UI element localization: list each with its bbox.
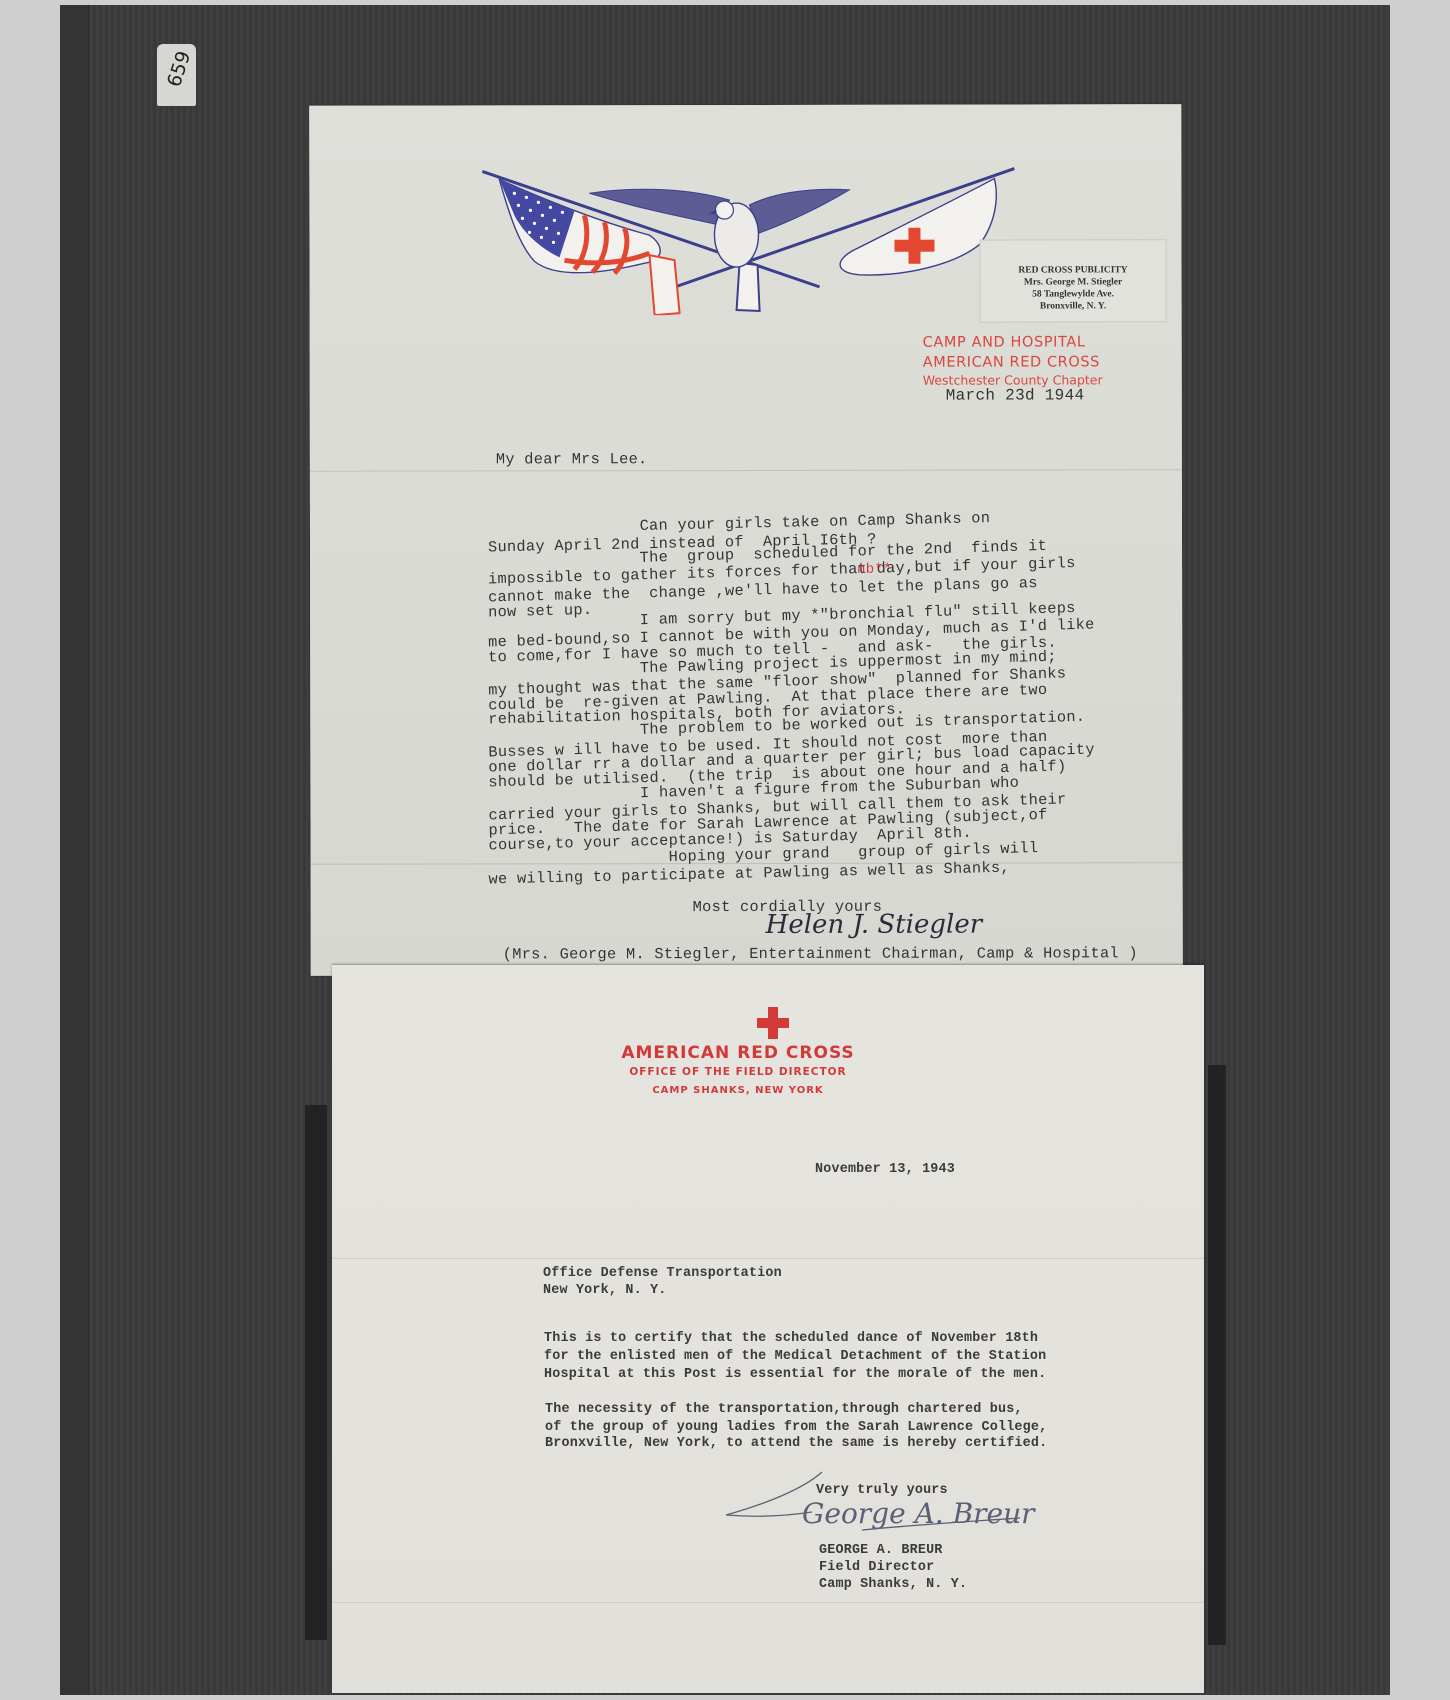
letterhead-line-2: AMERICAN RED CROSS: [923, 352, 1143, 372]
paragraph-1-line-3: Hospital at this Post is essential for t…: [544, 1367, 1046, 1382]
handwritten-signature: Helen J. Stiegler: [766, 910, 983, 940]
letter-breur: AMERICAN RED CROSS OFFICE OF THE FIELD D…: [332, 965, 1204, 1693]
addressee-line-2: New York, N. Y.: [543, 1283, 667, 1298]
publicity-line-3: 58 Tanglewylde Ave.: [981, 288, 1166, 300]
signature-location: Camp Shanks, N. Y.: [819, 1577, 967, 1592]
page-number: 659: [163, 48, 195, 89]
letterhead-line-1: CAMP AND HOSPITAL: [923, 332, 1143, 352]
publicity-line-4: Bronxville, N. Y.: [981, 300, 1166, 312]
tape-strip-left: [305, 1105, 327, 1640]
album-spine: [60, 5, 89, 1695]
paragraph-2-line-3: Bronxville, New York, to attend the same…: [545, 1436, 1047, 1451]
letter-date: March 23d 1944: [946, 386, 1085, 404]
page-number-label: 659: [157, 44, 196, 106]
signature-title: Field Director: [819, 1560, 934, 1575]
salutation: My dear Mrs Lee.: [496, 450, 648, 468]
letter-date: November 13, 1943: [815, 1162, 955, 1177]
arc-location: CAMP SHANKS, NEW YORK: [302, 1085, 1174, 1096]
red-cross-icon: [757, 1007, 789, 1039]
arc-subtitle: OFFICE OF THE FIELD DIRECTOR: [302, 1066, 1174, 1078]
paragraph-1-line-1: This is to certify that the scheduled da…: [544, 1331, 1038, 1346]
publicity-stamp: RED CROSS PUBLICITY Mrs. George M. Stieg…: [979, 239, 1166, 322]
signature-block: (Mrs. George M. Stiegler, Entertainment …: [503, 944, 1138, 963]
addressee-line-1: Office Defense Transportation: [543, 1266, 782, 1281]
publicity-line-2: Mrs. George M. Stiegler: [981, 276, 1166, 288]
paragraph-2-line-2: of the group of young ladies from the Sa…: [545, 1420, 1047, 1435]
letter-stiegler: RED CROSS PUBLICITY Mrs. George M. Stieg…: [309, 104, 1183, 976]
publicity-line-1: RED CROSS PUBLICITY: [981, 264, 1166, 276]
arc-title: AMERICAN RED CROSS: [302, 1043, 1174, 1063]
handwritten-annotation: nb**: [857, 562, 892, 578]
paragraph-1-line-2: for the enlisted men of the Medical Deta…: [544, 1349, 1046, 1364]
tape-strip-right: [1208, 1065, 1226, 1645]
signature-name: GEORGE A. BREUR: [819, 1543, 943, 1558]
signature-flourish-icon: [722, 1470, 1022, 1540]
eagle-flags-emblem-icon: [474, 165, 1019, 316]
chapter-letterhead: CAMP AND HOSPITAL AMERICAN RED CROSS Wes…: [923, 332, 1143, 388]
paragraph-2-line-1: The necessity of the transportation,thro…: [545, 1402, 1023, 1417]
